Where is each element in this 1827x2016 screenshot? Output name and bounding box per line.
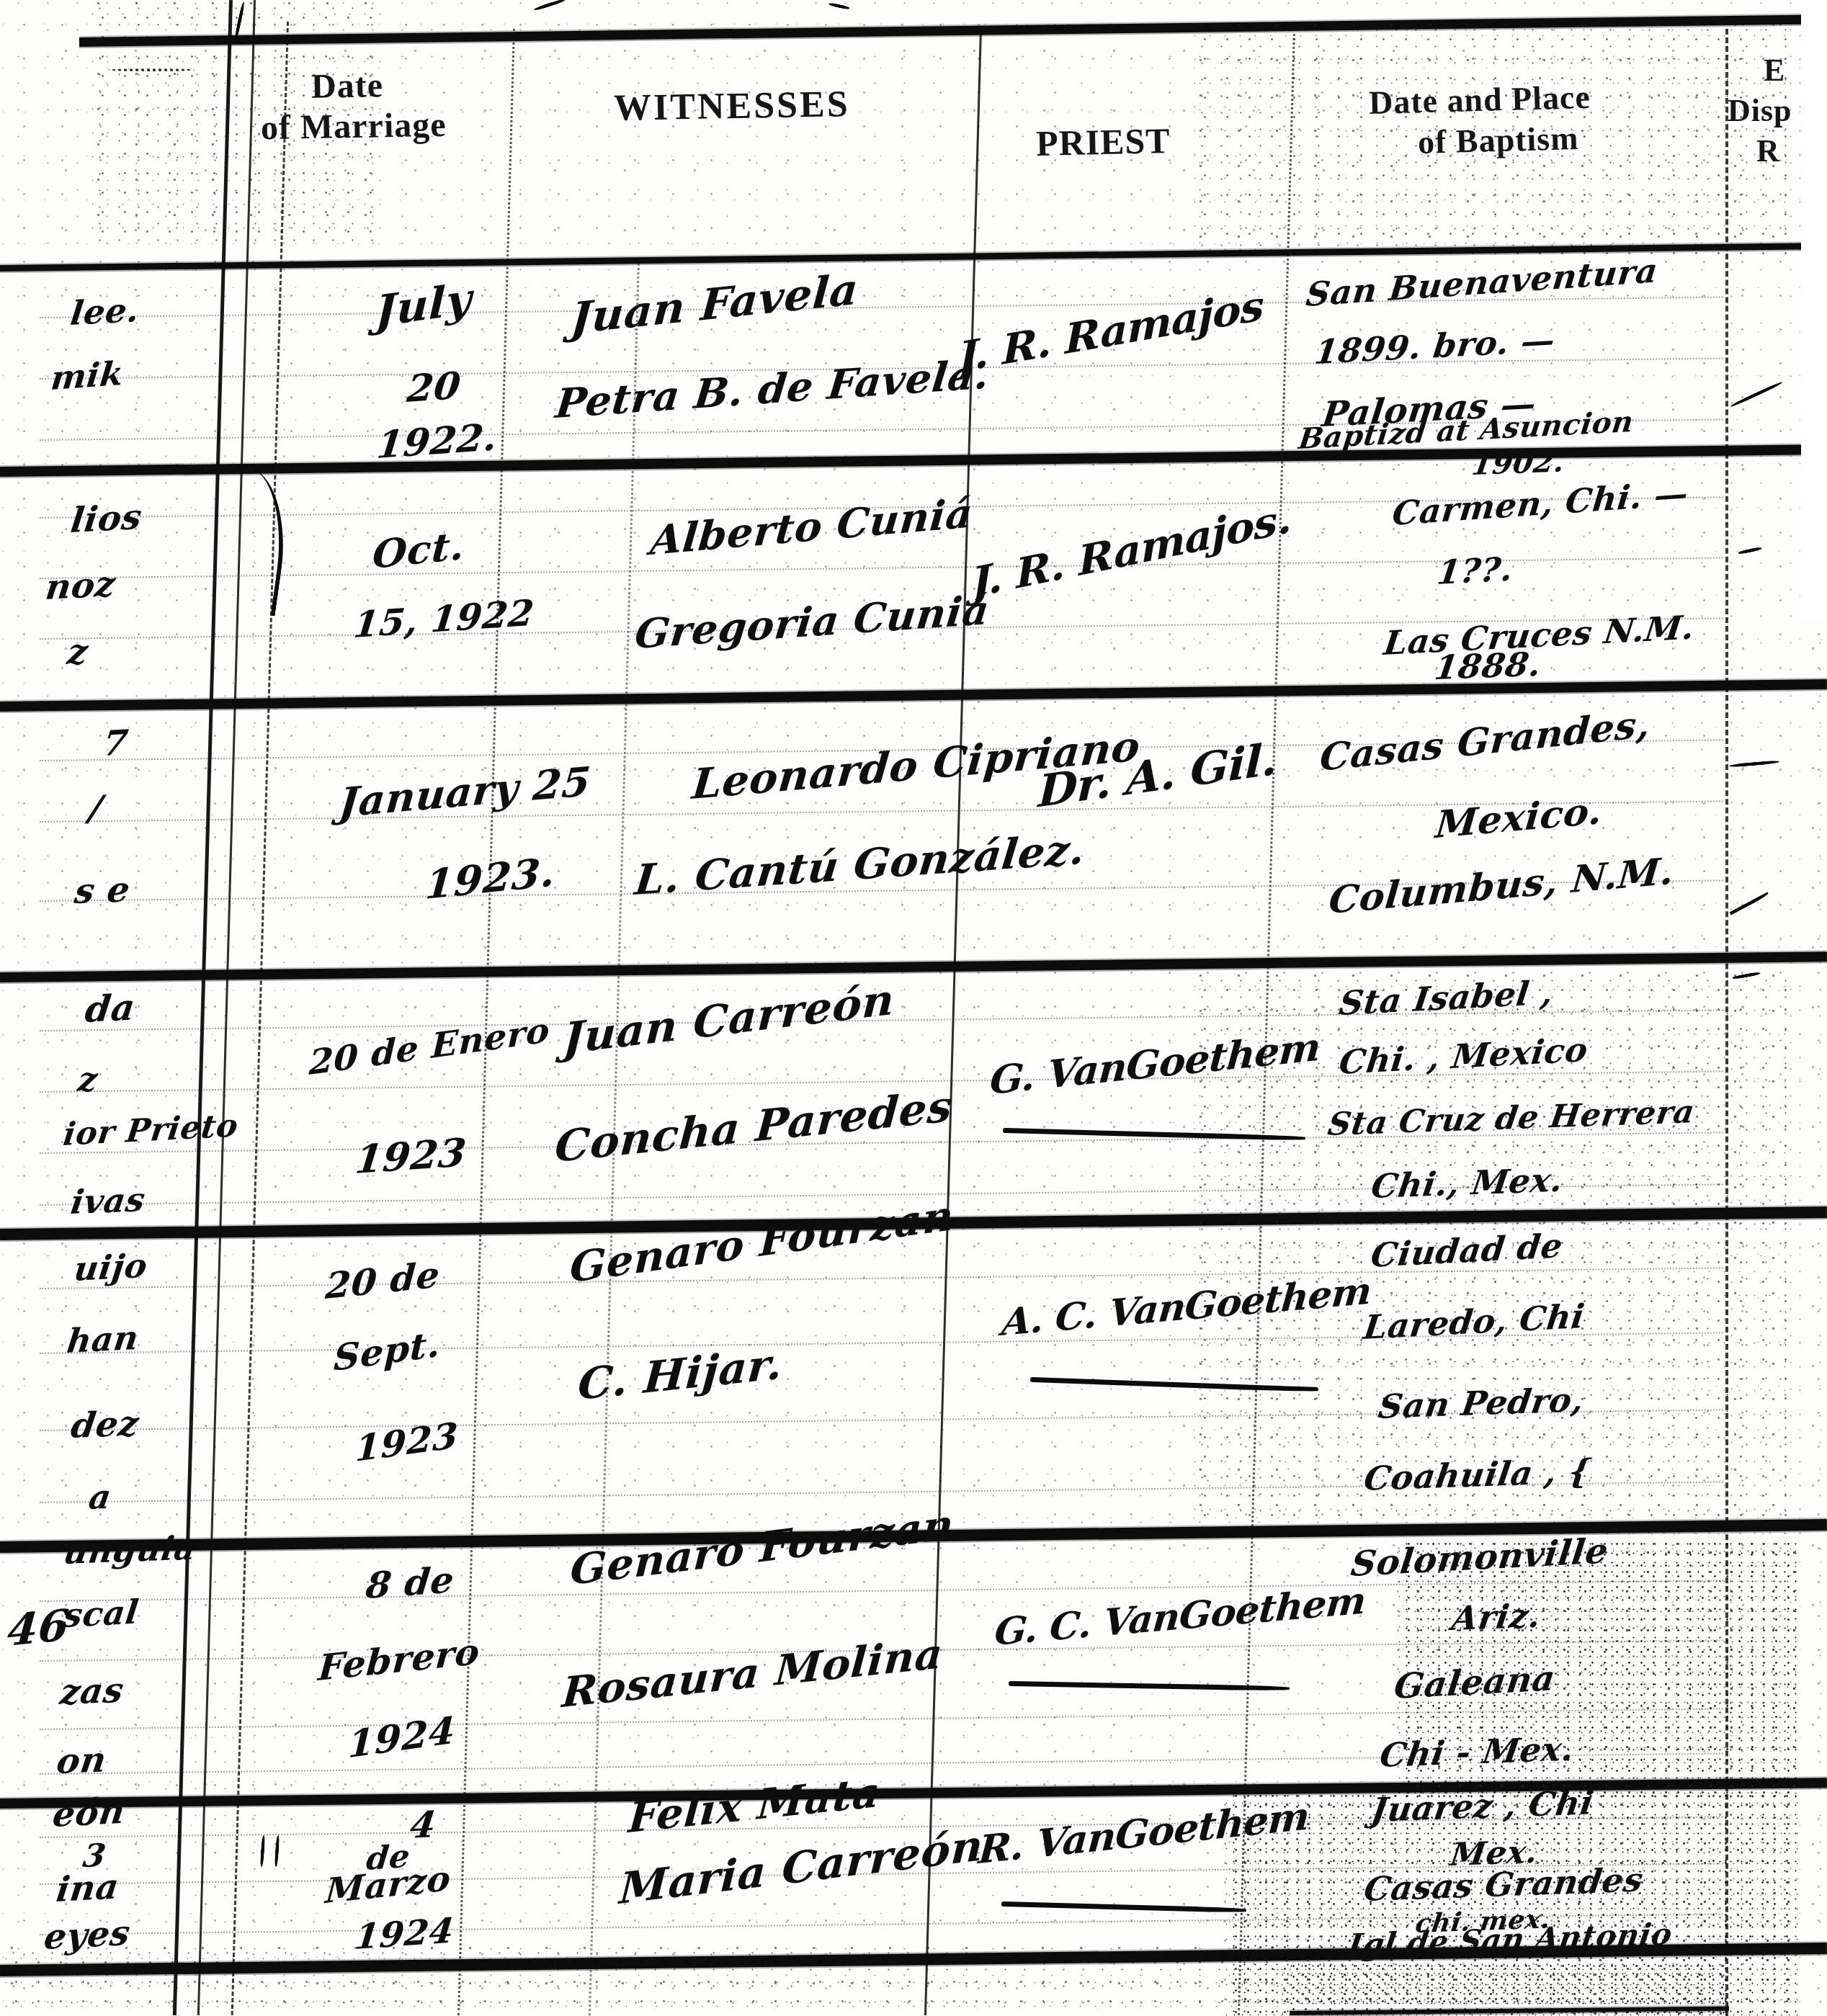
priest-header: PRIEST (1035, 120, 1171, 164)
scanned-marriage-register-page: Date of Marriage WITNESSES PRIEST Date a… (0, 0, 1827, 2016)
margin-name-fragment: dez (68, 1404, 141, 1446)
baptism-right-divider (1725, 29, 1728, 2016)
right-col-header-fragment-1: E (1764, 52, 1785, 89)
margin-name-fragment: unguia (61, 1528, 199, 1572)
baptism-line: Ariz. (1449, 1596, 1543, 1638)
baptism-line: 1??. (1435, 550, 1515, 592)
baptism-line: Chi., Mex. (1369, 1160, 1565, 1206)
margin-name-fragment: s e (72, 869, 133, 912)
marriage-date-line: 1923 (353, 1129, 469, 1183)
margin-name-fragment: zas (58, 1670, 126, 1713)
margin-name-fragment: ivas (68, 1180, 148, 1222)
margin-entry-number: 46 (6, 1600, 71, 1657)
date-of-marriage-header-line2: of Marriage (261, 105, 447, 148)
marriage-date-line: Marzo (324, 1858, 452, 1912)
witness-name: Felix Mata (627, 1768, 882, 1842)
right-col-header-fragment-3: R (1756, 133, 1780, 169)
marriage-date-line: 1922. (375, 416, 499, 467)
signature-flourish (1001, 1901, 1246, 1913)
register-row-7: eón 3 ina eyes 4 de Marzo 1924 Felix Mat… (0, 0, 1827, 2016)
marriage-date-line: 1924 (353, 1911, 456, 1958)
baptism-header-line1: Date and Place (1368, 78, 1591, 122)
margin-name-fragment: ina (54, 1867, 121, 1910)
baptism-line: Chi - Mex. (1377, 1729, 1576, 1775)
margin-name-fragment: scal (61, 1592, 141, 1635)
baptism-line: San Pedro, (1376, 1380, 1586, 1426)
ink-mark (108, 68, 195, 71)
margin-name-fragment: lee. (68, 290, 141, 333)
baptism-line: 1902. (1470, 445, 1567, 482)
priest-signature: R. VanGoethem (977, 1793, 1310, 1873)
baptism-line: Coahuila , { (1362, 1451, 1594, 1498)
marriage-date-line: 20 (405, 364, 463, 411)
scan-edge (1801, 0, 1827, 619)
baptism-header-line2: of Baptism (1417, 119, 1579, 161)
marriage-date-line: 8 de (364, 1559, 456, 1607)
right-col-header-fragment-2: Disp (1728, 92, 1792, 129)
margin-name-fragment: on (54, 1740, 109, 1782)
margin-name-fragment: uijo (72, 1246, 150, 1289)
marriage-date-line: 4 (408, 1803, 439, 1847)
baptism-line: 1888. (1432, 645, 1544, 687)
margin-name-fragment: da (83, 986, 138, 1031)
witnesses-header: WITNESSES (614, 83, 851, 130)
margin-name-fragment: han (65, 1318, 141, 1361)
date-of-marriage-header-line1: Date (311, 66, 384, 107)
margin-name-fragment: lios (68, 497, 144, 541)
baptism-line: Juarez , Chi (1369, 1783, 1596, 1829)
margin-name-fragment: eyes (42, 1913, 133, 1958)
margin-name-fragment: eón (50, 1791, 128, 1835)
margin-name-fragment: noz (43, 564, 117, 608)
margin-name-fragment: mik (49, 354, 125, 398)
margin-name-fragment: 7 (101, 722, 130, 764)
